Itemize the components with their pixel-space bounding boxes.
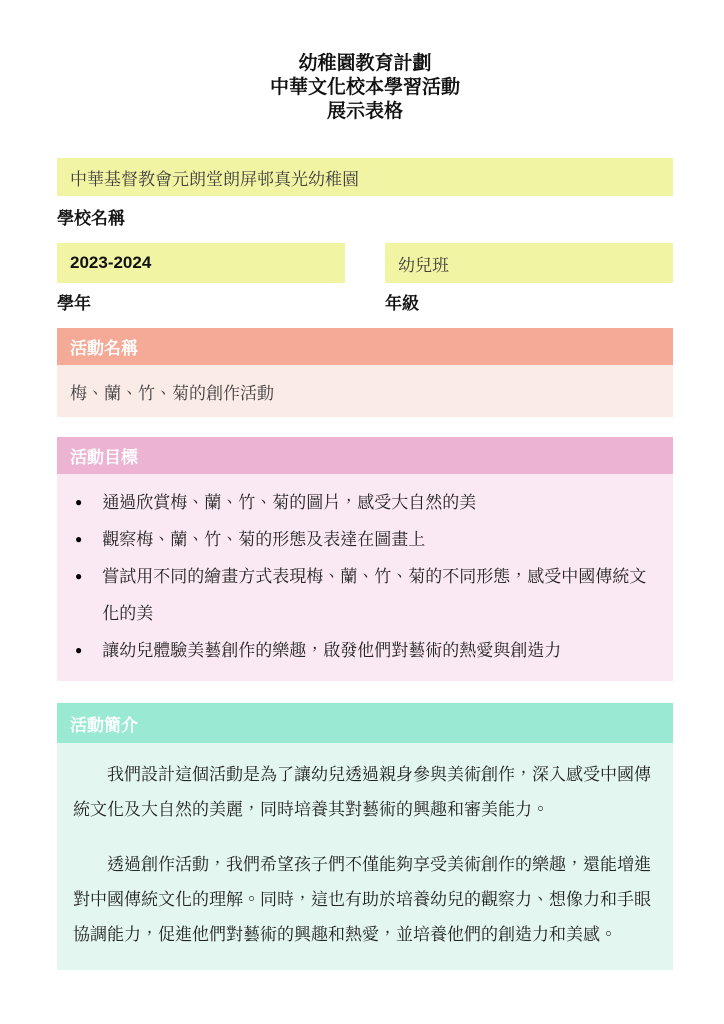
year-value-bar: 2023-2024 <box>57 243 345 283</box>
grade-column: 幼兒班 年級 <box>385 243 673 315</box>
year-label: 學年 <box>57 293 345 315</box>
school-name-bar: 中華基督教會元朗堂朗屏邨真光幼稚園 <box>57 158 673 196</box>
school-name-value: 中華基督教會元朗堂朗屏邨真光幼稚園 <box>70 165 359 190</box>
activity-intro-header: 活動簡介 <box>57 703 673 743</box>
document-title: 幼稚園教育計劃 中華文化校本學習活動 展示表格 <box>57 52 673 124</box>
activity-name-header-text: 活動名稱 <box>70 334 138 359</box>
bullet-icon: ● <box>75 521 82 558</box>
document-page: 幼稚園教育計劃 中華文化校本學習活動 展示表格 中華基督教會元朗堂朗屏邨真光幼稚… <box>0 0 724 1024</box>
title-line-2: 中華文化校本學習活動 <box>57 76 673 100</box>
activity-intro-header-text: 活動簡介 <box>70 711 138 736</box>
grade-value: 幼兒班 <box>398 251 449 276</box>
activity-name-section: 活動名稱 梅、蘭、竹、菊的創作活動 <box>57 328 673 417</box>
goal-item: ●嘗試用不同的繪畫方式表現梅、蘭、竹、菊的不同形態，感受中國傳統文化的美 <box>75 558 655 632</box>
grade-value-bar: 幼兒班 <box>385 243 673 283</box>
intro-paragraph: 我們設計這個活動是為了讓幼兒透過親身參與美術創作，深入感受中國傳統文化及大自然的… <box>73 757 657 827</box>
goal-text: 觀察梅、蘭、竹、菊的形態及表達在圖畫上 <box>102 521 425 558</box>
goal-item: ●讓幼兒體驗美藝創作的樂趣，啟發他們對藝術的熱愛與創造力 <box>75 632 655 669</box>
year-value: 2023-2024 <box>70 253 151 273</box>
activity-goals-header: 活動目標 <box>57 437 673 474</box>
activity-goals-header-text: 活動目標 <box>70 443 138 468</box>
grade-label: 年級 <box>385 293 673 315</box>
title-line-1: 幼稚園教育計劃 <box>57 52 673 76</box>
goals-list: ●通過欣賞梅、蘭、竹、菊的圖片，感受大自然的美●觀察梅、蘭、竹、菊的形態及表達在… <box>57 474 673 681</box>
goal-text: 嘗試用不同的繪畫方式表現梅、蘭、竹、菊的不同形態，感受中國傳統文化的美 <box>102 558 655 632</box>
goal-item: ●通過欣賞梅、蘭、竹、菊的圖片，感受大自然的美 <box>75 484 655 521</box>
activity-goals-section: 活動目標 ●通過欣賞梅、蘭、竹、菊的圖片，感受大自然的美●觀察梅、蘭、竹、菊的形… <box>57 437 673 681</box>
school-name-label: 學校名稱 <box>57 208 673 230</box>
title-line-3: 展示表格 <box>57 100 673 124</box>
bullet-icon: ● <box>75 484 82 521</box>
activity-name-body: 梅、蘭、竹、菊的創作活動 <box>57 365 673 417</box>
intro-paragraph: 透過創作活動，我們希望孩子們不僅能夠享受美術創作的樂趣，還能增進對中國傳統文化的… <box>73 847 657 952</box>
year-column: 2023-2024 學年 <box>57 243 345 315</box>
activity-name-header: 活動名稱 <box>57 328 673 365</box>
year-grade-values-row: 2023-2024 學年 幼兒班 年級 <box>57 243 673 315</box>
goal-item: ●觀察梅、蘭、竹、菊的形態及表達在圖畫上 <box>75 521 655 558</box>
goal-text: 讓幼兒體驗美藝創作的樂趣，啟發他們對藝術的熱愛與創造力 <box>102 632 561 669</box>
goal-text: 通過欣賞梅、蘭、竹、菊的圖片，感受大自然的美 <box>102 484 476 521</box>
activity-intro-section: 活動簡介 我們設計這個活動是為了讓幼兒透過親身參與美術創作，深入感受中國傳統文化… <box>57 703 673 970</box>
bullet-icon: ● <box>75 558 82 595</box>
bullet-icon: ● <box>75 632 82 669</box>
intro-body: 我們設計這個活動是為了讓幼兒透過親身參與美術創作，深入感受中國傳統文化及大自然的… <box>57 743 673 970</box>
activity-name-value: 梅、蘭、竹、菊的創作活動 <box>70 379 274 404</box>
